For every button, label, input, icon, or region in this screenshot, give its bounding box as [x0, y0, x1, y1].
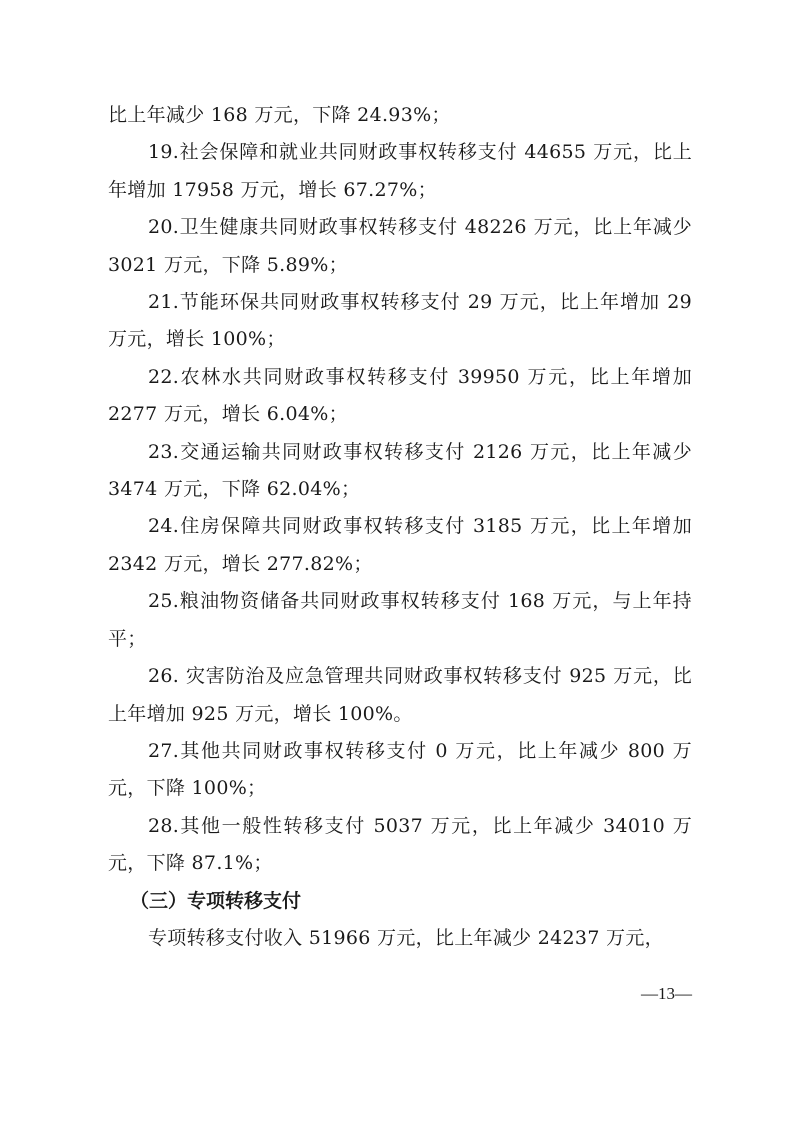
paragraph-item-19: 19.社会保障和就业共同财政事权转移支付 44655 万元，比上年增加 1795…: [108, 134, 692, 209]
paragraph-item-22: 22.农林水共同财政事权转移支付 39950 万元，比上年增加 2277 万元，…: [108, 359, 692, 434]
section-heading: （三）专项转移支付: [108, 883, 692, 920]
page-number-footer: —13—: [0, 984, 793, 1004]
paragraph-item-26: 26. 灾害防治及应急管理共同财政事权转移支付 925 万元，比上年增加 925…: [108, 658, 692, 733]
paragraph-item-21: 21.节能环保共同财政事权转移支付 29 万元，比上年增加 29 万元，增长 1…: [108, 284, 692, 359]
paragraph-item-24: 24.住房保障共同财政事权转移支付 3185 万元，比上年增加 2342 万元，…: [108, 508, 692, 583]
page-number: —13—: [617, 984, 717, 1004]
paragraph-item-27: 27.其他共同财政事权转移支付 0 万元，比上年减少 800 万元，下降 100…: [108, 733, 692, 808]
paragraph-item-25: 25.粮油物资储备共同财政事权转移支付 168 万元，与上年持平；: [108, 583, 692, 658]
paragraph-continuation: 比上年减少 168 万元，下降 24.93%；: [108, 97, 692, 134]
paragraph-item-28: 28.其他一般性转移支付 5037 万元，比上年减少 34010 万元，下降 8…: [108, 808, 692, 883]
paragraph-item-23: 23.交通运输共同财政事权转移支付 2126 万元，比上年减少 3474 万元，…: [108, 434, 692, 509]
paragraph-item-20: 20.卫生健康共同财政事权转移支付 48226 万元，比上年减少 3021 万元…: [108, 209, 692, 284]
document-body: 比上年减少 168 万元，下降 24.93%； 19.社会保障和就业共同财政事权…: [108, 97, 692, 957]
section-paragraph: 专项转移支付收入 51966 万元，比上年减少 24237 万元，: [108, 920, 692, 957]
